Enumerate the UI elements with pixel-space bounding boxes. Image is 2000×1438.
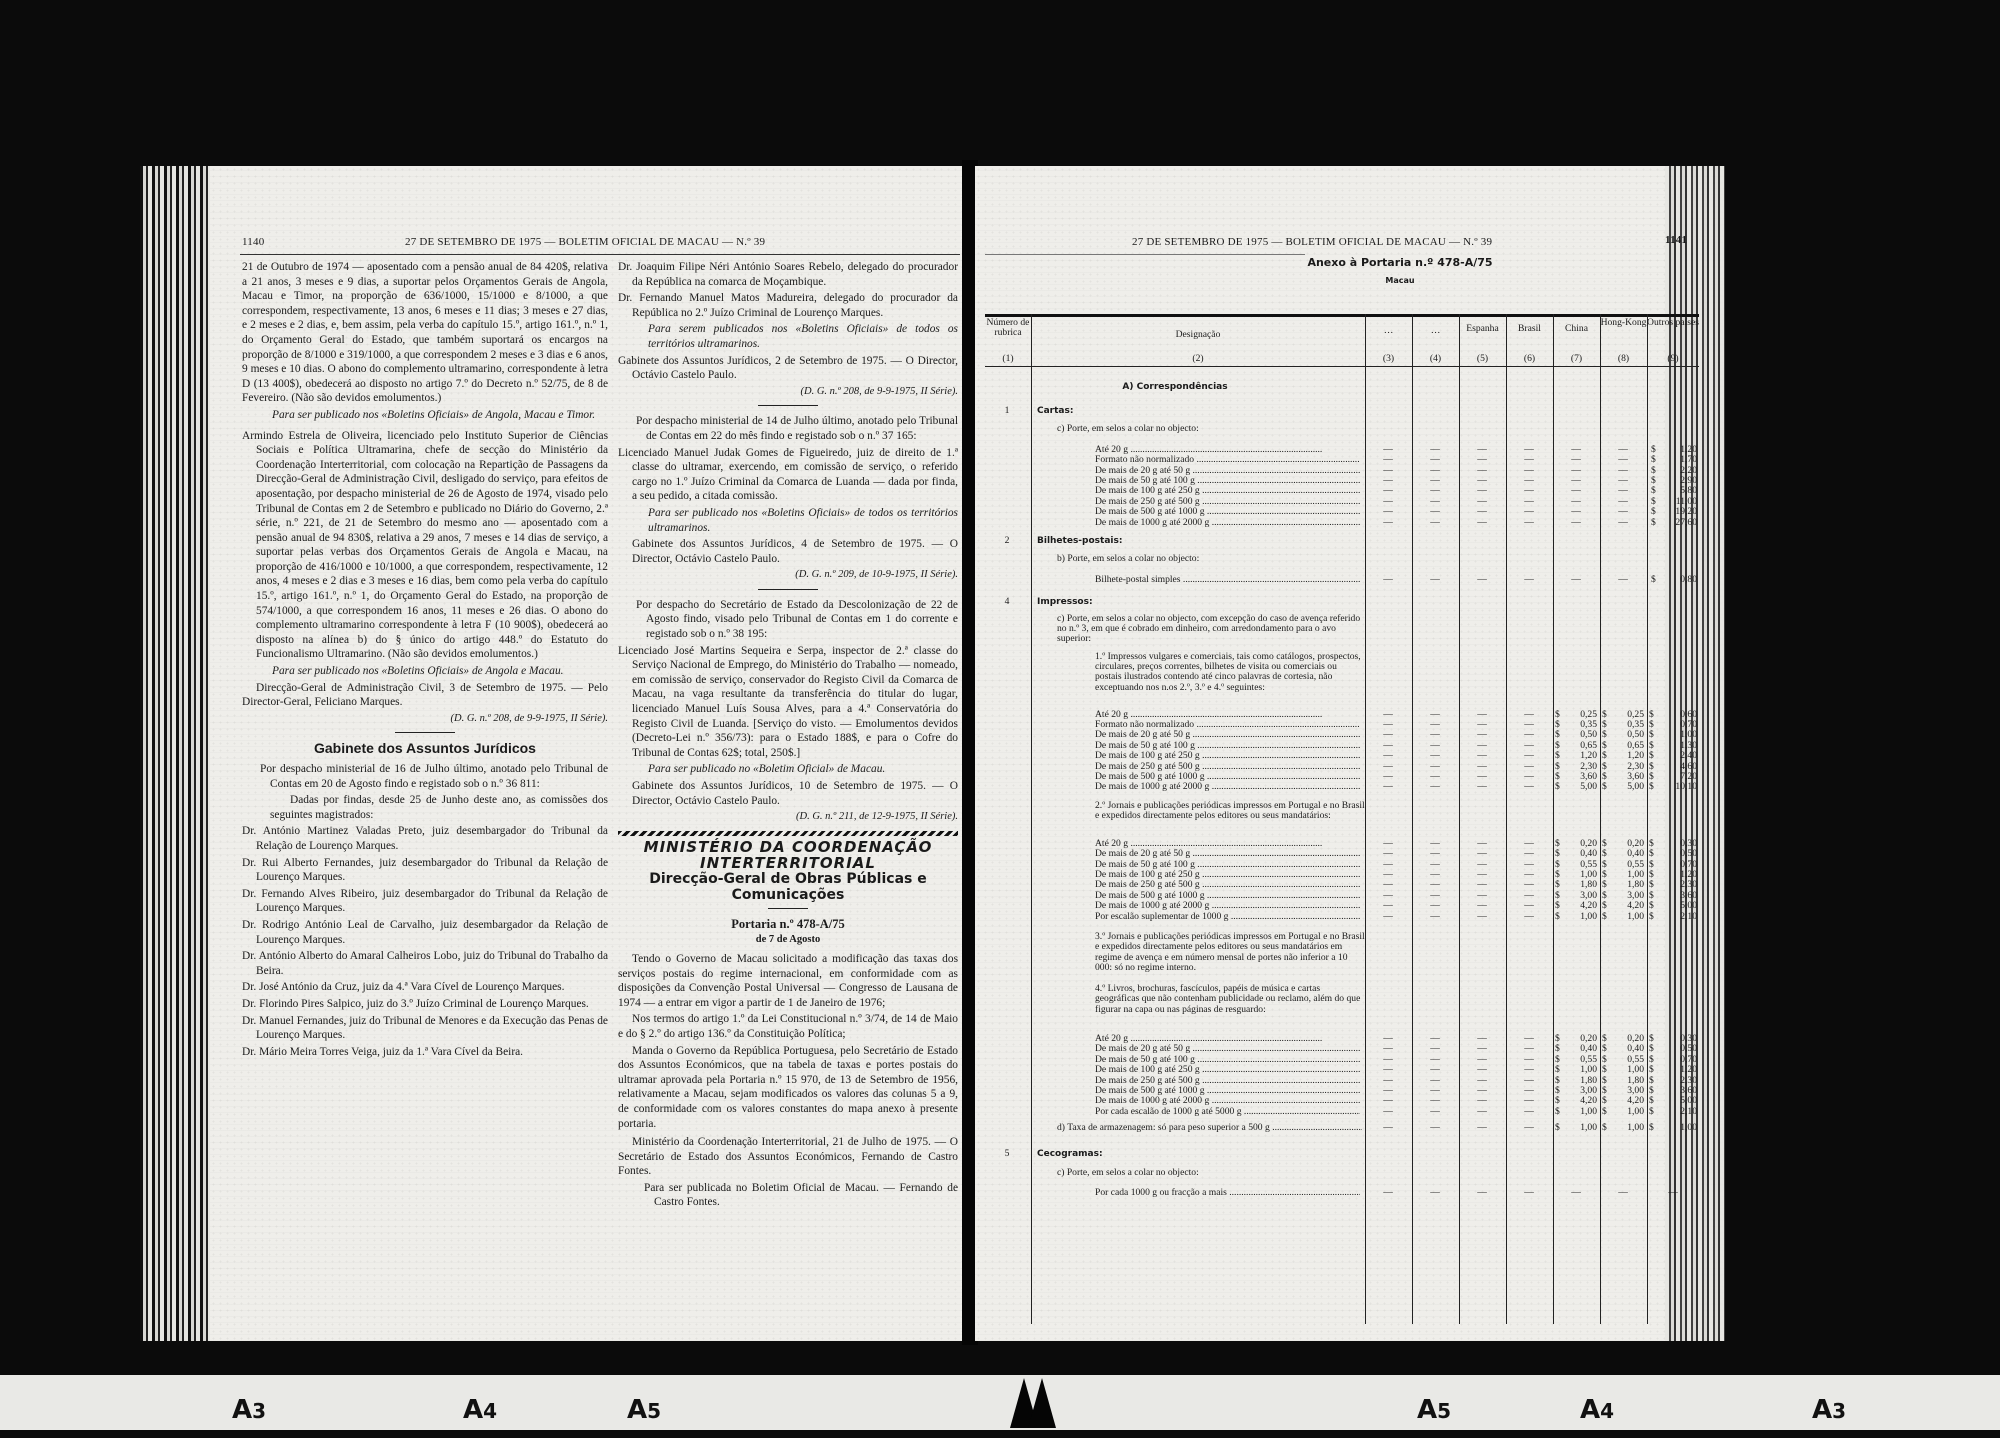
table-row: 2.º Jornais e publicações periódicas imp… <box>985 801 1699 833</box>
designation-text: De mais de 20 g até 50 g ...............… <box>1095 730 1360 740</box>
rate-value: 2,10 <box>1655 1107 1697 1117</box>
dash-cell: — <box>1460 1188 1504 1198</box>
left-column-1: 21 de Outubro de 1974 — aposentado com a… <box>242 260 608 1061</box>
portaria-title: Portaria n.º 478-A/75 <box>618 917 958 932</box>
magistrate-item: Dr. Rui Alberto Fernandes, juiz desembar… <box>242 856 608 885</box>
designation-text: Até 20 g ...............................… <box>1095 710 1360 720</box>
table-row: 3.º Jornais e publicações periódicas imp… <box>985 932 1699 984</box>
rubric-number: 1 <box>985 406 1029 416</box>
designation-text: 3.º Jornais e publicações periódicas imp… <box>1095 932 1365 974</box>
rate-value: 1,00 <box>1561 1123 1597 1133</box>
film-notch <box>1028 1378 1056 1428</box>
table-row: Por escalão suplementar de 1000 g ......… <box>985 912 1699 922</box>
postal-rates-table: Número de rubrica(1) Designação(2) …(3) … <box>985 314 1699 1324</box>
designation-text: De mais de 500 g até 1000 g ............… <box>1095 891 1360 901</box>
dash-cell: — <box>1507 1123 1551 1133</box>
column-header-3: …(3) <box>1365 318 1412 364</box>
designation-text: De mais de 100 g até 250 g .............… <box>1095 486 1360 496</box>
dash-cell: — <box>1413 518 1457 528</box>
header-number: (7) <box>1553 354 1600 364</box>
table-row: De mais de 500 g até 1000 g ............… <box>985 507 1699 517</box>
signature-line: Gabinete dos Assuntos Jurídicos, 4 de Se… <box>618 537 958 566</box>
table-row: De mais de 250 g até 500 g .............… <box>985 497 1699 507</box>
dash-cell: — <box>1413 575 1457 585</box>
table-row: c) Porte, em selos a colar no objecto, c… <box>985 614 1699 646</box>
dash-cell: — <box>1460 575 1504 585</box>
right-page: 27 DE SETEMBRO DE 1975 — BOLETIM OFICIAL… <box>975 166 1725 1341</box>
portaria-signature: Ministério da Coordenação Interterritori… <box>618 1135 958 1179</box>
marker-letter: A <box>1812 1395 1832 1425</box>
marker-number: 5 <box>647 1399 661 1423</box>
dash-cell: — <box>1507 518 1551 528</box>
left-column-2: Dr. Joaquim Filipe Néri António Soares R… <box>618 260 958 1212</box>
pension-paragraph-1: 21 de Outubro de 1974 — aposentado com a… <box>242 260 608 406</box>
table-row: Por cada escalão de 1000 g até 5000 g ..… <box>985 1107 1699 1117</box>
separator <box>768 908 808 909</box>
page-number: 1141 <box>1665 234 1687 246</box>
designation-text: Até 20 g ...............................… <box>1095 445 1360 455</box>
frame-marker: A5 <box>627 1395 661 1425</box>
signature-line: Direcção-Geral de Administração Civil, 3… <box>242 681 608 710</box>
table-row: 5Cecogramas: <box>985 1149 1699 1159</box>
dash-cell: — <box>1413 1188 1457 1198</box>
dash-cell: — <box>1507 912 1551 922</box>
designation-text: De mais de 250 g até 500 g .............… <box>1095 497 1360 507</box>
section-heading: A) Correspondências <box>985 382 1365 392</box>
column-header-rubrica: Número de rubrica(1) <box>985 318 1031 364</box>
designation-text: De mais de 500 g até 1000 g ............… <box>1095 772 1360 782</box>
publication-note: Para ser publicado nos «Boletins Oficiai… <box>242 664 608 679</box>
header-label: Número de rubrica <box>985 318 1031 338</box>
rate-value: 10,10 <box>1655 782 1697 792</box>
header-number: (4) <box>1412 354 1459 364</box>
designation-text: De mais de 20 g até 50 g ...............… <box>1095 849 1360 859</box>
magistrate-item: Dr. Florindo Pires Salpico, juiz do 3.º … <box>242 997 608 1012</box>
separator <box>395 732 455 733</box>
dash-cell: — <box>1366 575 1410 585</box>
dash-cell: — <box>1601 575 1645 585</box>
portaria-paragraph: Nos termos do artigo 1.º da Lei Constitu… <box>618 1012 958 1041</box>
dash-cell: — <box>1651 1188 1695 1198</box>
designation-text: Até 20 g ...............................… <box>1095 1034 1360 1044</box>
dash-cell: — <box>1366 1123 1410 1133</box>
rate-value: 1,00 <box>1608 1107 1644 1117</box>
dash-cell: — <box>1460 912 1504 922</box>
header-number: (6) <box>1506 354 1553 364</box>
designation-text: 2.º Jornais e publicações periódicas imp… <box>1095 801 1365 822</box>
table-row: De mais de 50 g até 100 g ..............… <box>985 476 1699 486</box>
dash-cell: — <box>1460 1107 1504 1117</box>
marker-number: 4 <box>1600 1399 1614 1423</box>
designation-text: De mais de 250 g até 500 g .............… <box>1095 880 1360 890</box>
marker-number: 3 <box>1832 1399 1846 1423</box>
portaria-publication-note: Para ser publicada no Boletim Oficial de… <box>618 1181 958 1210</box>
designation-text: Formato não normalizado ................… <box>1095 455 1360 465</box>
portaria-paragraph: Manda o Governo da República Portuguesa,… <box>618 1044 958 1132</box>
designation-text: Bilhete-postal simples .................… <box>1095 575 1360 585</box>
dash-cell: — <box>1366 1188 1410 1198</box>
designation-text: De mais de 100 g até 250 g .............… <box>1095 870 1360 880</box>
portaria-paragraph: Tendo o Governo de Macau solicitado a mo… <box>618 952 958 1010</box>
source-reference: (D. G. n.º 208, de 9-9-1975, II Série). <box>242 712 608 727</box>
designation-text: De mais de 50 g até 100 g ..............… <box>1095 741 1360 751</box>
rubric-number: 2 <box>985 536 1029 546</box>
designation-text: De mais de 500 g até 1000 g ............… <box>1095 1086 1360 1096</box>
department-heading: Direcção-Geral de Obras Públicas e Comun… <box>618 871 958 903</box>
table-row: 1Cartas: <box>985 406 1699 416</box>
marker-number: 5 <box>1437 1399 1451 1423</box>
running-head: 27 DE SETEMBRO DE 1975 — BOLETIM OFICIAL… <box>1132 236 1492 248</box>
rate-value: 27,60 <box>1657 518 1697 528</box>
table-row: Por cada 1000 g ou fracção a mais ......… <box>985 1188 1699 1198</box>
frame-marker: A4 <box>1580 1395 1614 1425</box>
microfilm-strip <box>0 1375 2000 1430</box>
table-row: De mais de 20 g até 50 g ...............… <box>985 466 1699 476</box>
dash-cell: — <box>1366 782 1410 792</box>
dash-cell: — <box>1413 1123 1457 1133</box>
dispatch-body: Licenciado José Martins Sequeira e Serpa… <box>618 644 958 761</box>
header-label: … <box>1412 326 1459 336</box>
dash-cell: — <box>1413 782 1457 792</box>
annex-title: Anexo à Portaria n.º 478-A/75 <box>975 256 1725 269</box>
header-rule <box>240 254 960 255</box>
marker-letter: A <box>463 1395 483 1425</box>
dash-cell: — <box>1413 1107 1457 1117</box>
dash-cell: — <box>1366 1107 1410 1117</box>
annex-subtitle: Macau <box>975 276 1725 285</box>
header-number: (9) <box>1647 354 1699 364</box>
designation-text: De mais de 50 g até 100 g ..............… <box>1095 476 1360 486</box>
dash-cell: — <box>1507 575 1551 585</box>
table-row: 2Bilhetes-postais: <box>985 536 1699 546</box>
section-title-gabinete: Gabinete dos Assuntos Jurídicos <box>242 741 608 756</box>
header-label: Outros países <box>1647 318 1699 328</box>
dash-cell: — <box>1554 1188 1598 1198</box>
magistrate-item: Dr. Fernando Manuel Matos Madureira, del… <box>618 291 958 320</box>
ornamental-rule <box>618 831 958 836</box>
rate-value: 1,00 <box>1561 1107 1597 1117</box>
rate-value: 1,00 <box>1608 1123 1644 1133</box>
dash-cell: — <box>1507 782 1551 792</box>
designation-text: b) Porte, em selos a colar no objecto: <box>1057 554 1365 564</box>
header-label: Espanha <box>1459 324 1506 334</box>
pension-paragraph-2: Armindo Estrela de Oliveira, licenciado … <box>242 429 608 663</box>
rate-value: 0,80 <box>1657 575 1697 585</box>
header-label: Designação <box>1031 330 1365 340</box>
frame-marker: A4 <box>463 1395 497 1425</box>
header-label: Hong-Kong <box>1600 318 1647 328</box>
column-header-4: …(4) <box>1412 318 1459 364</box>
magistrate-item: Dr. António Martinez Valadas Preto, juiz… <box>242 824 608 853</box>
dispatch-intro: Por despacho ministerial de 14 de Julho … <box>618 414 958 443</box>
magistrate-item: Dr. Mário Meira Torres Veiga, juiz da 1.… <box>242 1045 608 1060</box>
header-number: (1) <box>985 354 1031 364</box>
header-label: Brasil <box>1506 324 1553 334</box>
magistrate-item: Dr. António Alberto do Amaral Calheiros … <box>242 949 608 978</box>
table-row: 4.º Livros, brochuras, fascículos, papéi… <box>985 984 1699 1026</box>
publication-note: Para ser publicado nos «Boletins Oficiai… <box>618 506 958 535</box>
designation-text: c) Porte, em selos a colar no objecto, c… <box>1057 614 1365 645</box>
designation-text: Impressos: <box>1037 597 1365 607</box>
dash-cell: — <box>1601 518 1645 528</box>
designation-text: De mais de 50 g até 100 g ..............… <box>1095 860 1360 870</box>
publication-note: Para ser publicado no «Boletim Oficial» … <box>618 762 958 777</box>
marker-letter: A <box>627 1395 647 1425</box>
signature-line: Gabinete dos Assuntos Jurídicos, 10 de S… <box>618 779 958 808</box>
table-row: c) Porte, em selos a colar no objecto: <box>985 424 1699 434</box>
designation-text: De mais de 1000 g até 2000 g ...........… <box>1095 518 1360 528</box>
designation-text: d) Taxa de armazenagem: só para peso sup… <box>1057 1123 1362 1133</box>
table-row: b) Porte, em selos a colar no objecto: <box>985 554 1699 564</box>
designation-text: De mais de 1000 g até 2000 g ...........… <box>1095 782 1360 792</box>
designation-text: De mais de 20 g até 50 g ...............… <box>1095 466 1360 476</box>
designation-text: De mais de 250 g até 500 g .............… <box>1095 762 1360 772</box>
dash-cell: — <box>1366 912 1410 922</box>
designation-text: Por cada 1000 g ou fracção a mais ......… <box>1095 1188 1360 1198</box>
designation-text: De mais de 100 g até 250 g .............… <box>1095 1065 1360 1075</box>
dash-cell: — <box>1460 518 1504 528</box>
dispatch-body: Licenciado Manuel Judak Gomes de Figueir… <box>618 446 958 504</box>
dash-cell: — <box>1554 575 1598 585</box>
column-header-outros-paises: Outros países(9) <box>1647 318 1699 364</box>
header-number: (3) <box>1365 354 1412 364</box>
magistrate-item: Dr. Fernando Alves Ribeiro, juiz desemba… <box>242 887 608 916</box>
designation-text: Até 20 g ...............................… <box>1095 839 1360 849</box>
frame-marker: A3 <box>1812 1395 1846 1425</box>
signature-line: Gabinete dos Assuntos Jurídicos, 2 de Se… <box>618 354 958 383</box>
designation-text: c) Porte, em selos a colar no objecto: <box>1057 1168 1365 1178</box>
header-number: (5) <box>1459 354 1506 364</box>
designation-text: Cecogramas: <box>1037 1149 1365 1159</box>
table-header-rule <box>985 366 1699 367</box>
rate-value: 5,00 <box>1561 782 1597 792</box>
rubric-number: 4 <box>985 597 1029 607</box>
header-label: China <box>1553 324 1600 334</box>
designation-text: De mais de 20 g até 50 g ...............… <box>1095 1044 1360 1054</box>
designation-text: c) Porte, em selos a colar no objecto: <box>1057 424 1365 434</box>
table-row: Bilhete-postal simples .................… <box>985 575 1699 585</box>
header-number: (2) <box>1031 354 1365 364</box>
designation-text: 4.º Livros, brochuras, fascículos, papéi… <box>1095 984 1365 1015</box>
table-row: Formato não normalizado ................… <box>985 455 1699 465</box>
table-row: 1.º Impressos vulgares e comerciais, tai… <box>985 652 1699 704</box>
table-row: 4Impressos: <box>985 597 1699 607</box>
header-label: … <box>1365 326 1412 336</box>
column-header-china: China(7) <box>1553 318 1600 364</box>
dispatch-intro-2: Dadas por findas, desde 25 de Junho dest… <box>242 793 608 822</box>
marker-letter: A <box>232 1395 252 1425</box>
designation-text: De mais de 50 g até 100 g ..............… <box>1095 1055 1360 1065</box>
page-number: 1140 <box>242 236 264 248</box>
table-row: De mais de 1000 g até 2000 g ...........… <box>985 782 1699 792</box>
publication-note: Para ser publicado nos «Boletins Oficiai… <box>242 408 608 423</box>
rate-value: 1,00 <box>1561 912 1597 922</box>
source-reference: (D. G. n.º 211, de 12-9-1975, II Série). <box>618 810 958 825</box>
column-header-brasil: Brasil(6) <box>1506 318 1553 364</box>
publication-note: Para serem publicados nos «Boletins Ofic… <box>618 322 958 351</box>
marker-letter: A <box>1417 1395 1437 1425</box>
source-reference: (D. G. n.º 208, de 9-9-1975, II Série). <box>618 385 958 400</box>
header-number: (8) <box>1600 354 1647 364</box>
magistrate-item: Dr. Joaquim Filipe Néri António Soares R… <box>618 260 958 289</box>
header-rule <box>985 254 1305 255</box>
marker-letter: A <box>1580 1395 1600 1425</box>
dash-cell: — <box>1460 1123 1504 1133</box>
magistrate-item: Dr. Manuel Fernandes, juiz do Tribunal d… <box>242 1014 608 1043</box>
rate-value: 5,00 <box>1608 782 1644 792</box>
table-row: Até 20 g ...............................… <box>985 445 1699 455</box>
designation-text: Por escalão suplementar de 1000 g ......… <box>1095 912 1360 922</box>
designation-text: De mais de 250 g até 500 g .............… <box>1095 1076 1360 1086</box>
frame-marker: A3 <box>232 1395 266 1425</box>
table-row: De mais de 1000 g até 2000 g ...........… <box>985 518 1699 528</box>
column-header-espanha: Espanha(5) <box>1459 318 1506 364</box>
running-head: 27 DE SETEMBRO DE 1975 — BOLETIM OFICIAL… <box>405 236 765 248</box>
designation-text: De mais de 1000 g até 2000 g ...........… <box>1095 1096 1360 1106</box>
rate-value: 2,10 <box>1655 912 1697 922</box>
dash-cell: — <box>1507 1188 1551 1198</box>
table-row: c) Porte, em selos a colar no objecto: <box>985 1168 1699 1178</box>
rate-value: 1,00 <box>1655 1123 1697 1133</box>
magistrate-item: Dr. Rodrigo António Leal de Carvalho, ju… <box>242 918 608 947</box>
ministry-heading: MINISTÉRIO DA COORDENAÇÃO INTERTERRITORI… <box>618 839 958 871</box>
portaria-date: de 7 de Agosto <box>618 933 958 948</box>
designation-text: Por cada escalão de 1000 g até 5000 g ..… <box>1095 1107 1360 1117</box>
designation-text: Cartas: <box>1037 406 1365 416</box>
designation-text: Bilhetes-postais: <box>1037 536 1365 546</box>
frame-marker: A5 <box>1417 1395 1451 1425</box>
dash-cell: — <box>1460 782 1504 792</box>
rate-value: 1,00 <box>1608 912 1644 922</box>
dispatch-intro: Por despacho do Secretário de Estado da … <box>618 598 958 642</box>
left-page: 1140 27 DE SETEMBRO DE 1975 — BOLETIM OF… <box>140 166 970 1341</box>
separator <box>758 405 818 406</box>
designation-text: 1.º Impressos vulgares e comerciais, tai… <box>1095 652 1365 694</box>
designation-text: Formato não normalizado ................… <box>1095 720 1360 730</box>
designation-text: De mais de 500 g até 1000 g ............… <box>1095 507 1360 517</box>
marker-number: 3 <box>252 1399 266 1423</box>
table-row: d) Taxa de armazenagem: só para peso sup… <box>985 1123 1699 1133</box>
table-row: De mais de 100 g até 250 g .............… <box>985 486 1699 496</box>
dash-cell: — <box>1413 912 1457 922</box>
table-top-rule <box>985 314 1699 317</box>
column-header-designacao: Designação(2) <box>1031 318 1365 364</box>
source-reference: (D. G. n.º 209, de 10-9-1975, II Série). <box>618 568 958 583</box>
column-header-hong-kong: Hong-Kong(8) <box>1600 318 1647 364</box>
dash-cell: — <box>1601 1188 1645 1198</box>
dash-cell: — <box>1507 1107 1551 1117</box>
dash-cell: — <box>1366 518 1410 528</box>
marker-number: 4 <box>483 1399 497 1423</box>
designation-text: De mais de 100 g até 250 g .............… <box>1095 751 1360 761</box>
separator <box>758 589 818 590</box>
rubric-number: 5 <box>985 1149 1029 1159</box>
page-edge-stack <box>140 166 210 1341</box>
dash-cell: — <box>1554 518 1598 528</box>
dispatch-intro: Por despacho ministerial de 16 de Julho … <box>242 762 608 791</box>
designation-text: De mais de 1000 g até 2000 g ...........… <box>1095 901 1360 911</box>
magistrate-item: Dr. José António da Cruz, juiz da 4.ª Va… <box>242 980 608 995</box>
